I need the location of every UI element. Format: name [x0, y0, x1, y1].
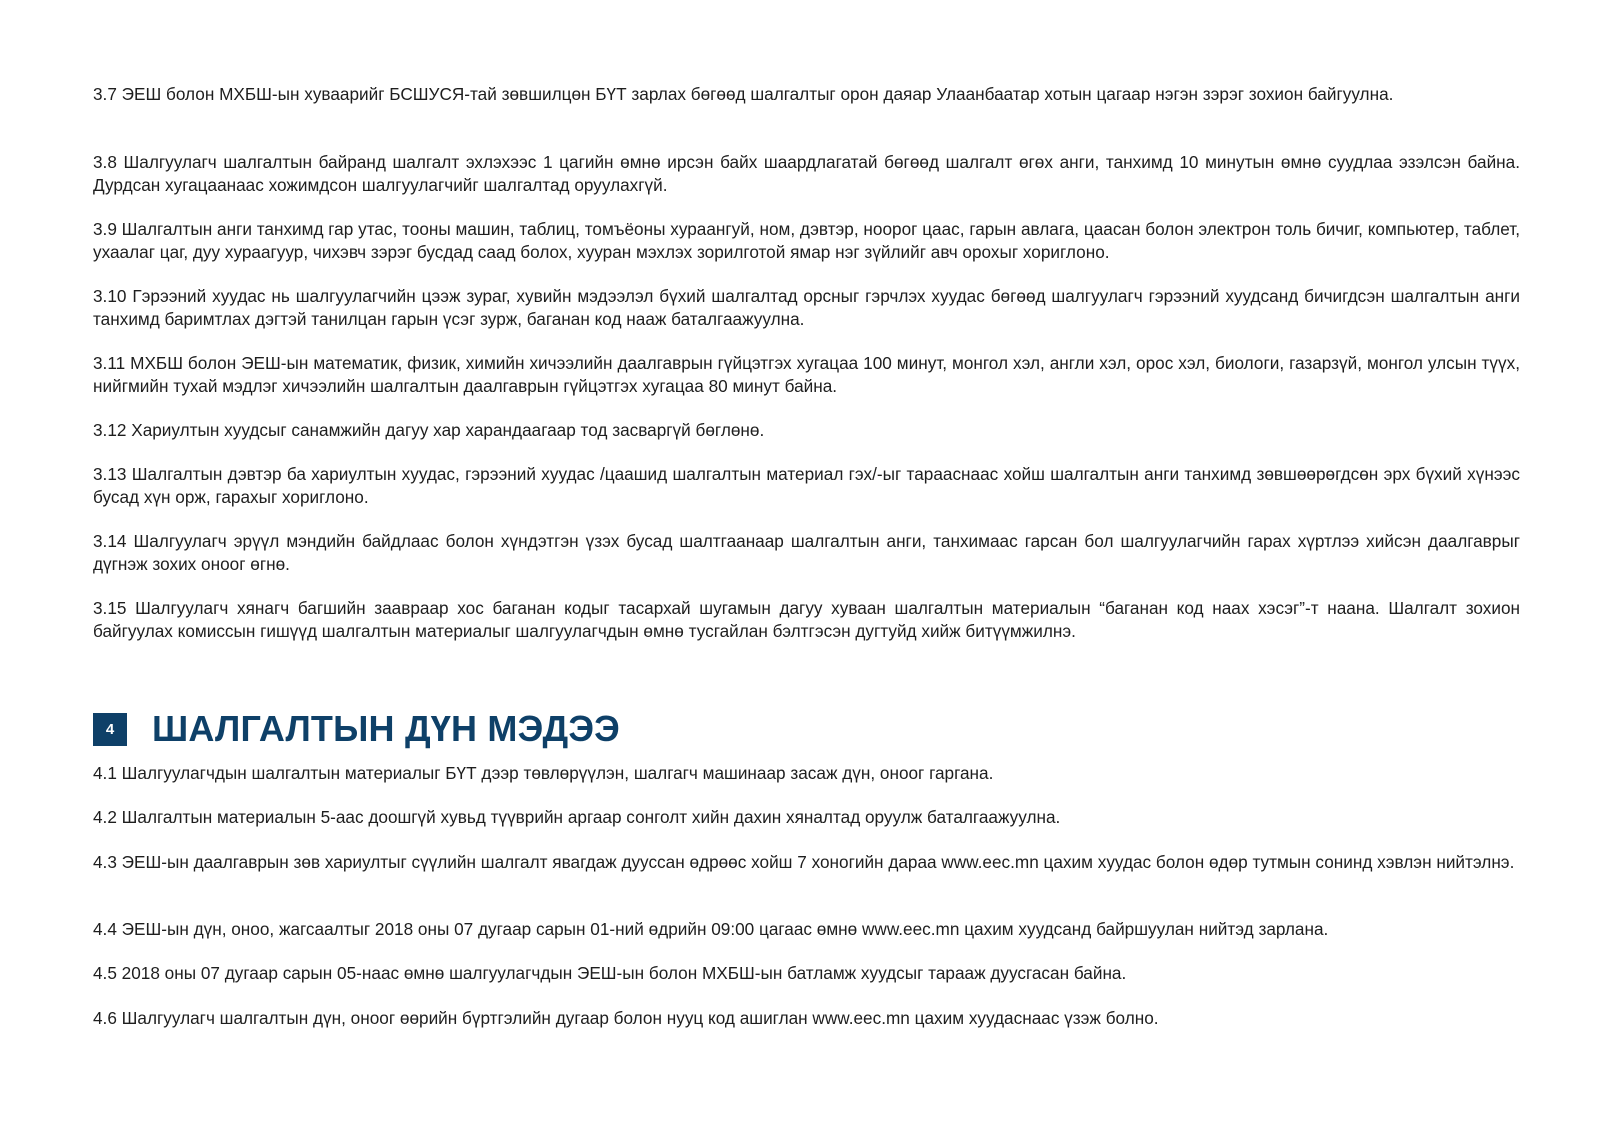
section-4-heading: 4 ШАЛГАЛТЫН ДҮН МЭДЭЭ — [93, 706, 620, 752]
clause-text: 3.13 Шалгалтын дэвтэр ба хариултын хууда… — [93, 463, 1520, 509]
clause-text: 3.8 Шалгуулагч шалгалтын байранд шалгалт… — [93, 151, 1520, 197]
clause-3-13: 3.13 Шалгалтын дэвтэр ба хариултын хууда… — [93, 463, 1520, 509]
clause-text: 4.3 ЭЕШ-ын даалгаврын зөв хариултыг сүүл… — [93, 851, 1520, 874]
clause-text: 4.1 Шалгуулагчдын шалгалтын материалыг Б… — [93, 762, 1520, 785]
clause-text: 3.15 Шалгуулагч хянагч багшийн заавраар … — [93, 597, 1520, 643]
section-number-badge: 4 — [93, 713, 127, 746]
clause-text: 3.11 МХБШ болон ЭЕШ-ын математик, физик,… — [93, 352, 1520, 398]
clause-3-10: 3.10 Гэрээний хуудас нь шалгуулагчийн цэ… — [93, 285, 1520, 331]
clause-3-9: 3.9 Шалгалтын анги танхимд гар утас, тоо… — [93, 218, 1520, 264]
clause-text: 3.9 Шалгалтын анги танхимд гар утас, тоо… — [93, 218, 1520, 264]
clause-text: 3.7 ЭЕШ болон МХБШ-ын хуваарийг БСШУСЯ-т… — [93, 83, 1520, 106]
clause-text: 4.2 Шалгалтын материалын 5-аас доошгүй х… — [93, 806, 1520, 829]
clause-text: 3.10 Гэрээний хуудас нь шалгуулагчийн цэ… — [93, 285, 1520, 331]
clause-4-1: 4.1 Шалгуулагчдын шалгалтын материалыг Б… — [93, 762, 1520, 785]
clause-4-4: 4.4 ЭЕШ-ын дүн, оноо, жагсаалтыг 2018 он… — [93, 918, 1520, 941]
clause-4-3: 4.3 ЭЕШ-ын даалгаврын зөв хариултыг сүүл… — [93, 851, 1520, 874]
clause-3-14: 3.14 Шалгуулагч эрүүл мэндийн байдлаас б… — [93, 530, 1520, 576]
clause-3-11: 3.11 МХБШ болон ЭЕШ-ын математик, физик,… — [93, 352, 1520, 398]
clause-4-5: 4.5 2018 оны 07 дугаар сарын 05-наас өмн… — [93, 962, 1520, 985]
clause-4-6: 4.6 Шалгуулагч шалгалтын дүн, оноог өөри… — [93, 1007, 1520, 1030]
clause-text: 3.12 Хариултын хуудсыг санамжийн дагуу х… — [93, 419, 1520, 442]
clause-4-2: 4.2 Шалгалтын материалын 5-аас доошгүй х… — [93, 806, 1520, 829]
clause-3-8: 3.8 Шалгуулагч шалгалтын байранд шалгалт… — [93, 151, 1520, 197]
clause-3-12: 3.12 Хариултын хуудсыг санамжийн дагуу х… — [93, 419, 1520, 442]
section-title: ШАЛГАЛТЫН ДҮН МЭДЭЭ — [152, 708, 620, 750]
clause-text: 4.5 2018 оны 07 дугаар сарын 05-наас өмн… — [93, 962, 1520, 985]
clause-3-15: 3.15 Шалгуулагч хянагч багшийн заавраар … — [93, 597, 1520, 643]
clause-text: 4.4 ЭЕШ-ын дүн, оноо, жагсаалтыг 2018 он… — [93, 918, 1520, 941]
clause-text: 4.6 Шалгуулагч шалгалтын дүн, оноог өөри… — [93, 1007, 1520, 1030]
clause-3-7: 3.7 ЭЕШ болон МХБШ-ын хуваарийг БСШУСЯ-т… — [93, 83, 1520, 106]
clause-text: 3.14 Шалгуулагч эрүүл мэндийн байдлаас б… — [93, 530, 1520, 576]
